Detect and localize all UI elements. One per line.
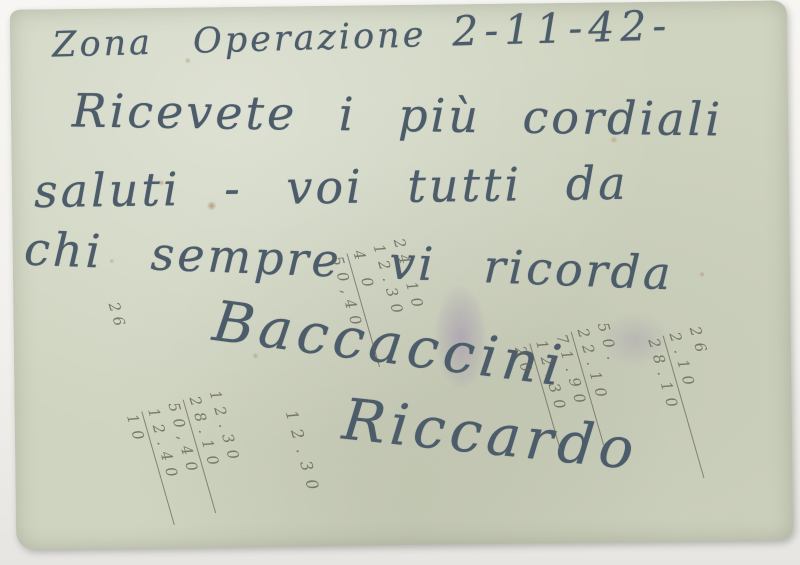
foxing-spot bbox=[699, 271, 705, 277]
header-date: 2-11-42- bbox=[452, 1, 673, 55]
photo-background: Zona Operazione2-11-42- Ricevete i più c… bbox=[0, 0, 800, 565]
body-line-2: saluti - voi tutti da bbox=[34, 156, 629, 218]
body-line-1: Ricevete i più cordiali bbox=[72, 83, 724, 146]
